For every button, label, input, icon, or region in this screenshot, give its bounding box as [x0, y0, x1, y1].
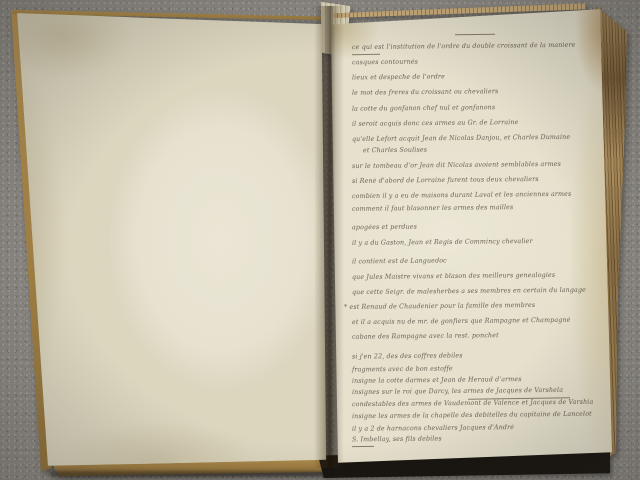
ink-rule [455, 34, 495, 36]
manuscript-line: insignes sur le roi que Darcy, les armes… [352, 388, 563, 397]
manuscript-line: S. Imbellay, ses fils debiles [352, 437, 442, 444]
manuscript-line: combien il y a eu de maisons durant Lava… [352, 192, 571, 201]
manuscript-line: lieux et despeche de l'ordre [352, 75, 445, 82]
manuscript-line: que cette Seigr. de malesherbes a ses me… [352, 288, 586, 297]
manuscript-line: comment il faut blasonner les armes des … [352, 205, 513, 213]
manuscript-line: sur le tombeau d'or Jean dit Nicolas avo… [352, 162, 561, 170]
left-page-blank [14, 9, 328, 469]
ink-rule [352, 446, 374, 447]
book-drop-shadow [50, 471, 330, 477]
manuscript-line: ce qui est l'institution de l'ordre du d… [352, 43, 576, 52]
manuscript-line: il seroit acquis donc ces armes au Gr. d… [352, 120, 519, 128]
manuscript-line: fragments avec de bon estoffe [352, 366, 453, 373]
manuscript-line: apogées et perdues [352, 225, 417, 232]
manuscript-line: insigne les armes de la chapelle des deb… [352, 412, 592, 421]
manuscript-line: et Charles Soulises [363, 148, 427, 155]
manuscript-line: le mot des freres du croissant ou cheval… [352, 89, 498, 97]
right-page-manuscript: a esclaircir touchant l'ordre du Croissa… [328, 6, 612, 466]
manuscript-line: casques contournés [352, 60, 418, 67]
manuscript-line: qu'elle Lefort acquit Jean de Nicolas Da… [352, 135, 570, 144]
manuscript-line: et il a acquis nu de mr. de gonfiers que… [352, 318, 571, 327]
manuscript-line: * est Renaud de Chaudenier pour la famil… [344, 303, 535, 311]
manuscript-line: condestables des armes de Vaudemont de V… [352, 400, 593, 409]
manuscript-line: si j'en 22, des des coffres debiles [352, 353, 463, 360]
manuscript-line: la cotte du gonfanon chef nul et gonfano… [352, 105, 495, 113]
manuscript-photograph: a esclaircir touchant l'ordre du Croissa… [0, 0, 640, 480]
manuscript-line: si René d'abord de Lorraine furent tous … [352, 177, 539, 185]
book: a esclaircir touchant l'ordre du Croissa… [0, 0, 640, 480]
manuscript-line: il y a du Gaston, Jean et Regis de Commi… [352, 239, 533, 247]
manuscript-line: insigne la cotte darmes et Jean de Herau… [352, 377, 522, 385]
manuscript-line: il contient est de Languedoc [352, 259, 447, 266]
manuscript-line: que Jules Maistre vivans et blason des m… [352, 273, 555, 281]
ink-rule [352, 54, 380, 55]
manuscript-line: il y a 2 de harnacons chevaliers Jacques… [352, 425, 514, 433]
manuscript-line: cabane des Rampagne avec la rest. ponche… [352, 333, 499, 341]
